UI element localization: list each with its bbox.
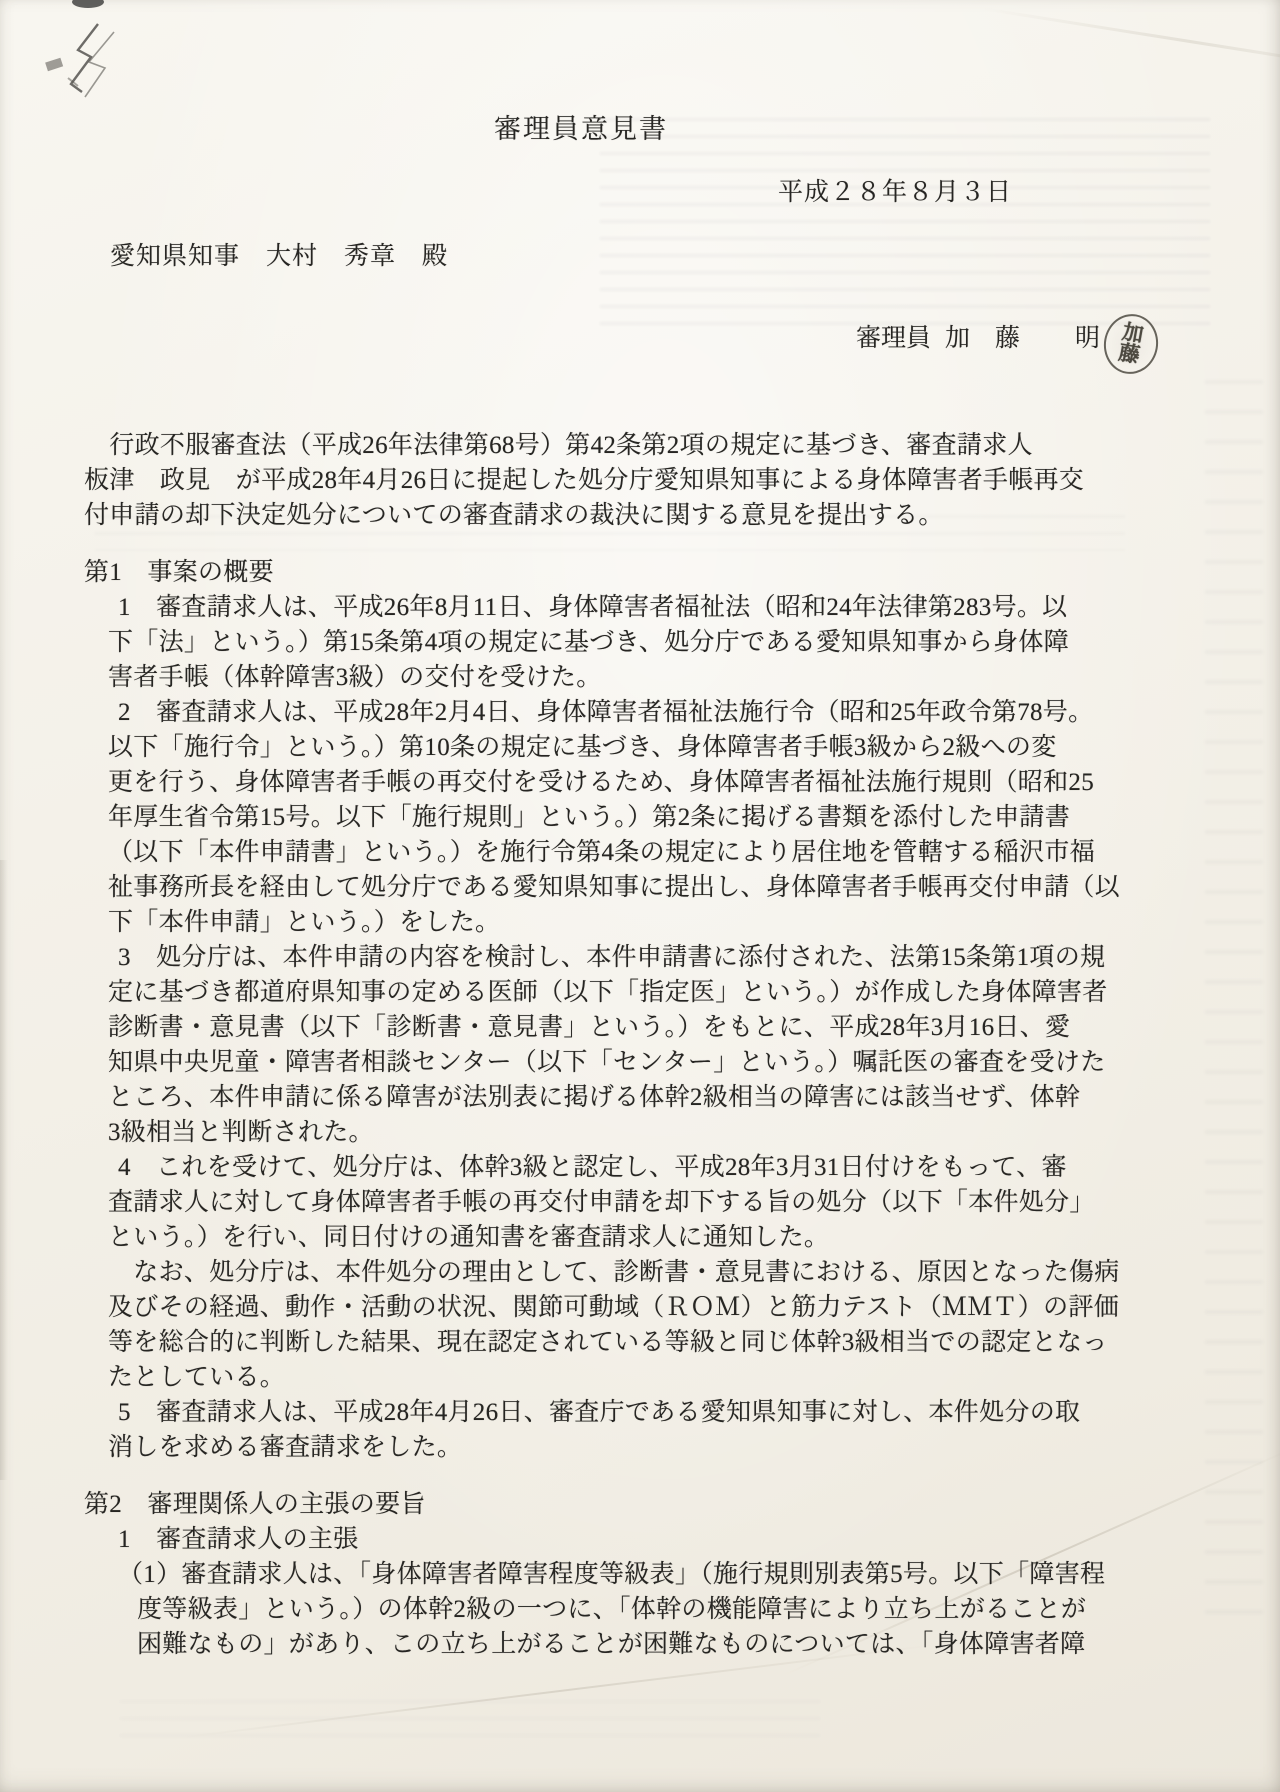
signer-line: 審理員加 藤明 [856, 318, 1100, 354]
document-body: 行政不服審査法（平成26年法律第68号）第42条第2項の規定に基づき、審査請求人… [84, 428, 1214, 1662]
document-title: 審理員意見書 [494, 107, 668, 146]
section1-heading: 第1 事案の概要 [84, 555, 1214, 590]
addressee-line: 愛知県知事 大村 秀章 殿 [110, 236, 448, 272]
text-line: 4 これを受けて、処分庁は、体幹3級と認定し、平成28年3月31日付けをもって、… [84, 1150, 1214, 1185]
text-line: 年厚生省令第15号。以下「施行規則」という。）第2条に掲げる書類を添付した申請書 [84, 800, 1214, 835]
text-line: 祉事務所長を経由して処分庁である愛知県知事に提出し、身体障害者手帳再交付申請（以 [84, 870, 1214, 905]
text-line: 等を総合的に判断した結果、現在認定されている等級と同じ体幹3級相当での認定となっ [84, 1325, 1214, 1360]
bleed-through-smudge [600, 118, 1210, 338]
document-date: 平成２８年８月３日 [778, 172, 1012, 208]
text-line: 3 処分庁は、本件申請の内容を検討し、本件申請書に添付された、法第15条第1項の… [84, 940, 1214, 975]
text-line: なお、処分庁は、本件処分の理由として、診断書・意見書における、原因となった傷病 [84, 1255, 1214, 1290]
text-line: （以下「本件申請書」という。）を施行令第4条の規定により居住地を管轄する稲沢市福 [84, 835, 1214, 870]
paper-crease [0, 860, 8, 1480]
paper-crease [982, 7, 1280, 76]
text-line: （1）審査請求人は、「身体障害者障害程度等級表」（施行規則別表第5号。以下「障害… [84, 1557, 1214, 1592]
text-line: という。）を行い、同日付けの通知書を審査請求人に通知した。 [84, 1220, 1214, 1255]
bleed-through-smudge [120, 1700, 820, 1740]
text-line: 査請求人に対して身体障害者手帳の再交付申請を却下する旨の処分（以下「本件処分」 [84, 1185, 1214, 1220]
text-line: 消しを求める審査請求をした。 [84, 1430, 1214, 1465]
text-line: 3級相当と判断された。 [84, 1115, 1214, 1150]
hanko-stamp: 加 藤 [1099, 310, 1163, 378]
text-line: 及びその経過、動作・活動の状況、関節可動域（ＲＯＭ）と筋力テスト（ＭＭＴ）の評価 [84, 1290, 1214, 1325]
section2-sub-heading: 1 審査請求人の主張 [84, 1522, 1214, 1557]
section2-heading: 第2 審理関係人の主張の要旨 [84, 1487, 1214, 1522]
text-line: 定に基づき都道府県知事の定める医師（以下「指定医」という。）が作成した身体障害者 [84, 975, 1214, 1010]
text-line: 2 審査請求人は、平成28年2月4日、身体障害者福祉法施行令（昭和25年政令第7… [84, 695, 1214, 730]
scanned-document-page: 審理員意見書 平成２８年８月３日 愛知県知事 大村 秀章 殿 審理員加 藤明 加… [0, 0, 1280, 1792]
text-line: 下「法」という。）第15条第4項の規定に基づき、処分庁である愛知県知事から身体障 [84, 625, 1214, 660]
text-line: 度等級表」という。）の体幹2級の一つに、「体幹の機能障害により立ち上がることが [84, 1592, 1214, 1627]
text-line: 知県中央児童・障害者相談センター（以下「センター」という。）嘱託医の審査を受けた [84, 1045, 1214, 1080]
text-line: たとしている。 [84, 1360, 1214, 1395]
text-line: 困難なもの」があり、この立ち上がることが困難なものについては、「身体障害者障 [84, 1627, 1214, 1662]
stamp-char-bottom: 藤 [1117, 342, 1141, 366]
text-line: 付申請の却下決定処分についての審査請求の裁決に関する意見を提出する。 [84, 498, 1214, 533]
staple-mark [18, 0, 198, 120]
text-line: 行政不服審査法（平成26年法律第68号）第42条第2項の規定に基づき、審査請求人 [84, 428, 1214, 463]
signer-given-name: 明 [1075, 325, 1100, 352]
text-line: 5 審査請求人は、平成28年4月26日、審査庁である愛知県知事に対し、本件処分の… [84, 1395, 1214, 1430]
text-line: 下「本件申請」という。）をした。 [84, 905, 1214, 940]
text-line: 板津 政見 が平成28年4月26日に提起した処分庁愛知県知事による身体障害者手帳… [84, 463, 1214, 498]
text-line: 害者手帳（体幹障害3級）の交付を受けた。 [84, 660, 1214, 695]
text-line: 以下「施行令」という。）第10条の規定に基づき、身体障害者手帳3級から2級への変 [84, 730, 1214, 765]
signer-role-label: 審理員 [856, 325, 931, 352]
signer-family-name: 加 藤 [945, 325, 1020, 352]
text-line: ところ、本件申請に係る障害が法別表に掲げる体幹2級相当の障害には該当せず、体幹 [84, 1080, 1214, 1115]
text-line: 診断書・意見書（以下「診断書・意見書」という。）をもとに、平成28年3月16日、… [84, 1010, 1214, 1045]
text-line: 1 審査請求人は、平成26年8月11日、身体障害者福祉法（昭和24年法律第283… [84, 590, 1214, 625]
text-line: 更を行う、身体障害者手帳の再交付を受けるため、身体障害者福祉法施行規則（昭和25 [84, 765, 1214, 800]
